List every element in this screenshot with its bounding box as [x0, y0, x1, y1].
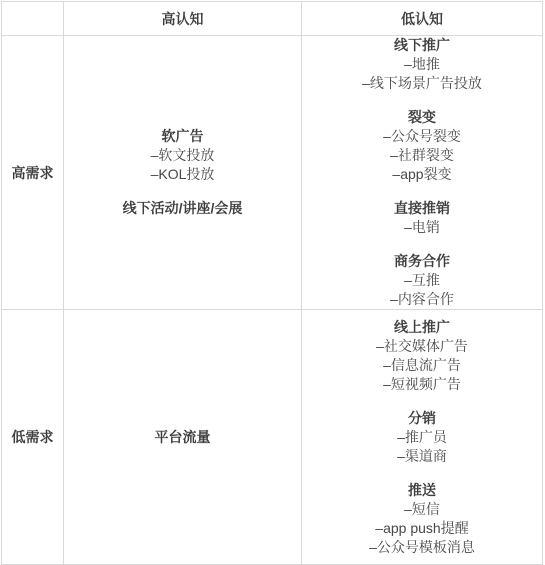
channel-item: –电销: [302, 218, 542, 237]
channel-group-title: 裂变: [302, 108, 542, 127]
channel-item: –内容合作: [302, 290, 542, 309]
channel-group: 直接推销–电销: [302, 199, 542, 237]
channel-group-title: 商务合作: [302, 252, 542, 271]
channel-group-title: 线上推广: [302, 318, 542, 337]
corner-cell: [2, 2, 64, 36]
channel-item: –短信: [302, 500, 542, 519]
channel-group-title: 直接推销: [302, 199, 542, 218]
table-row: 高需求软广告–软文投放–KOL投放线下活动/讲座/会展线下推广–地推–线下场景广…: [2, 36, 543, 310]
channel-item: –app push提醒: [302, 519, 542, 538]
row-header: 低需求: [2, 310, 64, 565]
channel-group-title: 平台流量: [64, 428, 301, 447]
channel-item: –公众号裂变: [302, 127, 542, 146]
channel-group-title: 线下活动/讲座/会展: [64, 199, 301, 218]
channel-group: 线上推广–社交媒体广告–信息流广告–短视频广告: [302, 318, 542, 394]
channel-group-title: 线下推广: [302, 36, 542, 55]
channel-item: –社群裂变: [302, 146, 542, 165]
table-header: 高认知 低认知: [2, 2, 543, 36]
channel-item: –软文投放: [64, 146, 301, 165]
channel-group: 平台流量: [64, 428, 301, 447]
row-header: 高需求: [2, 36, 64, 310]
channel-item: –信息流广告: [302, 356, 542, 375]
channel-item: –短视频广告: [302, 375, 542, 394]
table-row: 低需求平台流量线上推广–社交媒体广告–信息流广告–短视频广告分销–推广员–渠道商…: [2, 310, 543, 565]
column-header-low-awareness: 低认知: [302, 2, 543, 36]
channel-group-title: 分销: [302, 409, 542, 428]
channel-item: –公众号模板消息: [302, 538, 542, 557]
cell-high-awareness: 平台流量: [64, 310, 302, 565]
channel-item: –推广员: [302, 428, 542, 447]
channel-group: 分销–推广员–渠道商: [302, 409, 542, 466]
cell-low-awareness: 线下推广–地推–线下场景广告投放裂变–公众号裂变–社群裂变–app裂变直接推销–…: [302, 36, 543, 310]
demand-awareness-matrix: 高认知 低认知 高需求软广告–软文投放–KOL投放线下活动/讲座/会展线下推广–…: [1, 1, 542, 560]
matrix-table: 高认知 低认知 高需求软广告–软文投放–KOL投放线下活动/讲座/会展线下推广–…: [1, 1, 543, 565]
table-body: 高需求软广告–软文投放–KOL投放线下活动/讲座/会展线下推广–地推–线下场景广…: [2, 36, 543, 565]
header-row: 高认知 低认知: [2, 2, 543, 36]
channel-group: 线下活动/讲座/会展: [64, 199, 301, 218]
channel-item: –KOL投放: [64, 165, 301, 184]
channel-item: –地推: [302, 55, 542, 74]
channel-group: 商务合作–互推–内容合作: [302, 252, 542, 309]
channel-item: –渠道商: [302, 447, 542, 466]
channel-group-title: 软广告: [64, 127, 301, 146]
channel-item: –互推: [302, 271, 542, 290]
cell-low-awareness: 线上推广–社交媒体广告–信息流广告–短视频广告分销–推广员–渠道商推送–短信–a…: [302, 310, 543, 565]
channel-group: 线下推广–地推–线下场景广告投放: [302, 36, 542, 93]
column-header-high-awareness: 高认知: [64, 2, 302, 36]
channel-item: –线下场景广告投放: [302, 74, 542, 93]
channel-group: 推送–短信–app push提醒–公众号模板消息: [302, 481, 542, 557]
cell-high-awareness: 软广告–软文投放–KOL投放线下活动/讲座/会展: [64, 36, 302, 310]
channel-group-title: 推送: [302, 481, 542, 500]
channel-item: –社交媒体广告: [302, 337, 542, 356]
channel-item: –app裂变: [302, 165, 542, 184]
channel-group: 软广告–软文投放–KOL投放: [64, 127, 301, 184]
channel-group: 裂变–公众号裂变–社群裂变–app裂变: [302, 108, 542, 184]
